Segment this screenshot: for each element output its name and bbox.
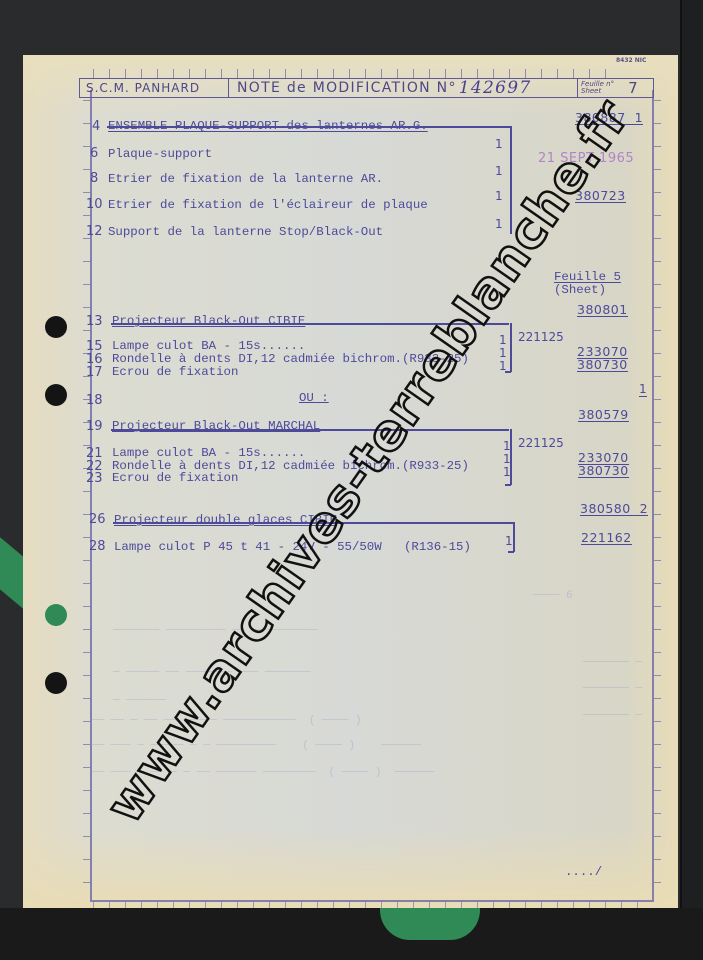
- note-title: NOTE de MODIFICATION N° 142697: [229, 79, 577, 97]
- item-qty: 1: [495, 137, 503, 151]
- part-ref: 380580 2: [580, 502, 648, 516]
- row-number: 23: [86, 471, 103, 486]
- row-number: 18: [86, 393, 103, 408]
- punch-hole: [45, 316, 67, 338]
- document-header: S.C.M. PANHARD NOTE de MODIFICATION N° 1…: [79, 78, 654, 98]
- row-number: 19: [86, 419, 103, 434]
- row-number: 13: [86, 314, 103, 329]
- sheet-reference-sub: (Sheet): [554, 283, 606, 297]
- item-description: Lampe culot BA - 15s......: [112, 339, 305, 353]
- item-qty: 1: [495, 189, 503, 203]
- group-title: Projecteur Black-Out MARCHAL: [112, 419, 320, 433]
- group-title: Projecteur Black-Out CIBIE: [112, 314, 305, 328]
- company-name: S.C.M. PANHARD: [80, 79, 229, 97]
- item-description: Etrier de fixation de l'éclaireur de pla…: [108, 198, 428, 212]
- row-number: 10: [86, 197, 103, 212]
- ruler-ticks-left: [83, 100, 90, 900]
- ruler-ticks-right: [654, 100, 661, 900]
- part-ref: 380730: [578, 464, 629, 478]
- sheet-reference: Feuille 5: [554, 270, 621, 284]
- binder-edge: [680, 0, 703, 960]
- form-code: 8432 NIC: [616, 57, 646, 64]
- item-description: Support de la lanterne Stop/Black-Out: [108, 225, 383, 239]
- row-number: 17: [86, 365, 103, 380]
- item-qty: 1: [499, 359, 507, 373]
- frame-line: [90, 900, 654, 902]
- punch-hole: [45, 604, 67, 626]
- ruler-ticks-bottom: [93, 902, 653, 908]
- continuation-mark: ..../: [565, 865, 602, 879]
- item-qty: 1: [505, 534, 513, 548]
- row-number: 8: [90, 171, 98, 186]
- item-qty: 1: [503, 452, 511, 466]
- row-number: 28: [89, 539, 106, 554]
- group-ref: 221125: [518, 330, 564, 344]
- item-qty: 1: [639, 383, 647, 397]
- item-description: Ecrou de fixation: [112, 471, 238, 485]
- part-ref: 380579: [578, 408, 629, 422]
- item-qty: 1: [503, 439, 511, 453]
- item-description: Lampe culot BA - 15s......: [112, 446, 305, 460]
- item-qty: 1: [495, 164, 503, 178]
- frame-line: [652, 90, 654, 900]
- row-number: 4: [92, 119, 100, 134]
- or-label: OU :: [299, 391, 329, 405]
- part-ref: 221162: [581, 531, 632, 545]
- item-qty: 1: [499, 333, 507, 347]
- row-number: 12: [86, 224, 103, 239]
- item-qty: 1: [503, 465, 511, 479]
- part-ref: 380801: [577, 303, 628, 317]
- item-description: Plaque-support: [108, 147, 212, 161]
- binder-bottom: [0, 908, 703, 960]
- punch-hole: [45, 384, 67, 406]
- row-number: 26: [89, 512, 106, 527]
- note-number: 142697: [459, 78, 532, 98]
- part-ref: 380730: [577, 358, 628, 372]
- item-description: Etrier de fixation de la lanterne AR.: [108, 172, 383, 186]
- group-ref: 221125: [518, 436, 564, 450]
- sheet-number: 7: [628, 79, 638, 97]
- ruler-ticks-top: [93, 69, 613, 78]
- punch-hole: [45, 672, 67, 694]
- item-qty: 1: [499, 346, 507, 360]
- item-description: Ecrou de fixation: [112, 365, 238, 379]
- note-label: NOTE de MODIFICATION N°: [237, 80, 457, 96]
- row-number: 6: [90, 146, 98, 161]
